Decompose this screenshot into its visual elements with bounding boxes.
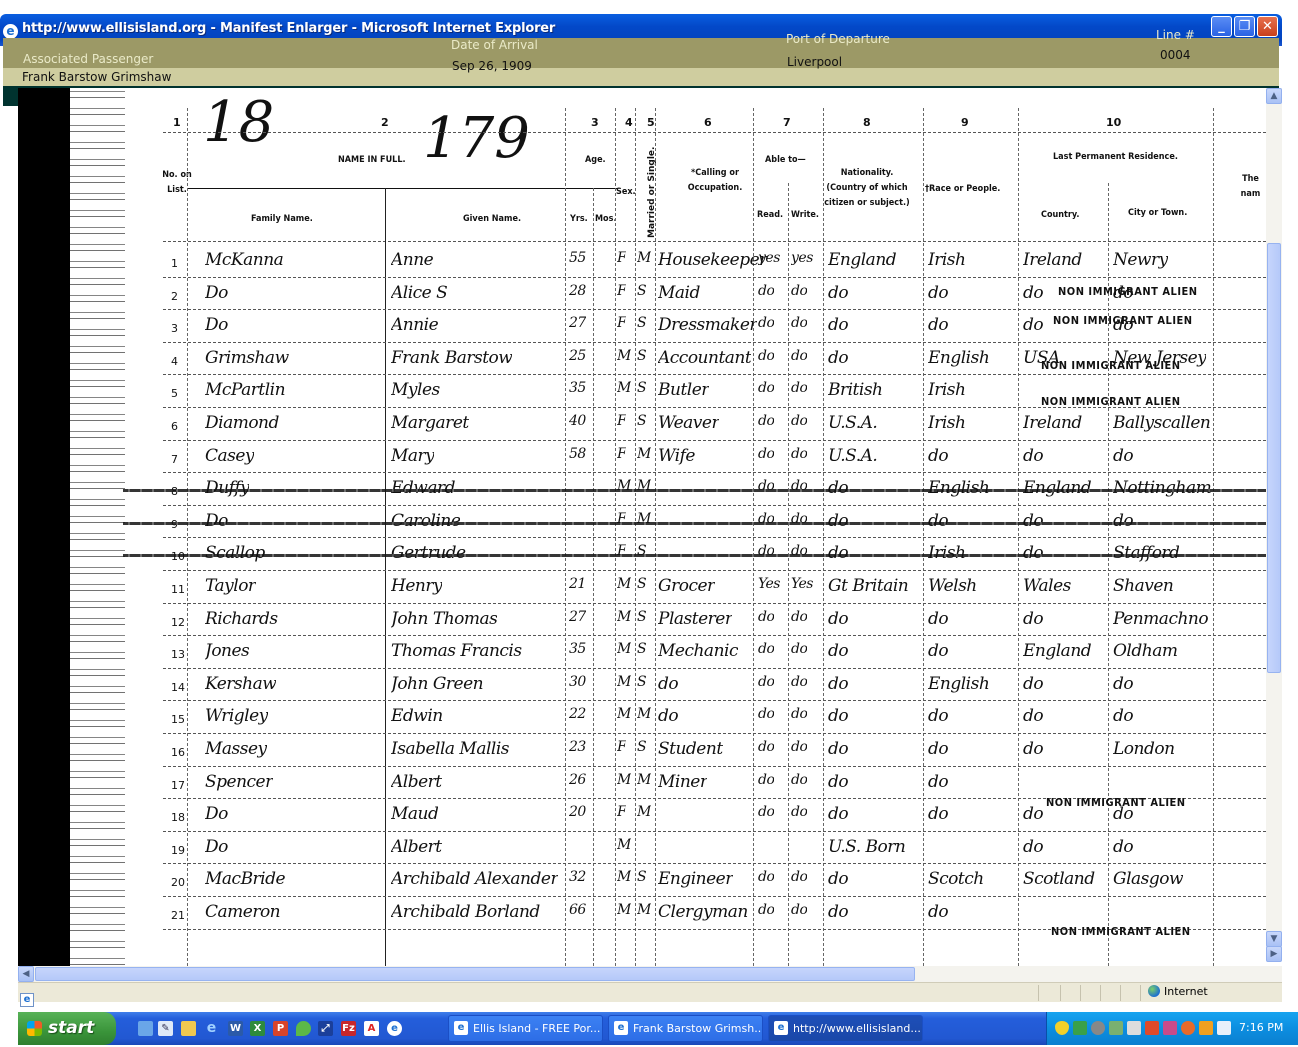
cell-city: do [1113,511,1133,531]
manifest-row: 13JonesThomas Francis35MSMechanicdododod… [123,639,1266,665]
taskbar-item-label: http://www.ellisisland... [793,1022,921,1035]
cell-given: John Thomas [391,609,497,629]
cell-write: do [791,609,807,625]
cell-race: do [928,641,948,661]
system-tray: 7:16 PM [1046,1012,1298,1045]
port-of-departure-value: Liverpool [787,55,842,69]
row-number: 4 [171,355,178,368]
cell-status: M [637,250,651,266]
cell-status: M [637,706,651,722]
cell-write: do [791,380,807,396]
page-status-icon: e [20,993,34,1007]
cell-nationality: England [828,250,896,270]
cell-sex: M [617,641,631,657]
cell-given: Gertrude [391,543,466,563]
status-divider [1100,985,1101,1001]
cell-nationality: do [828,478,848,498]
column-number: 2 [381,116,389,129]
header-given-name: Given Name. [463,212,521,227]
cell-occupation: do [658,706,678,726]
non-immigrant-stamp: NON IMMIGRANT ALIEN [1051,925,1191,938]
row-rule [163,570,1266,571]
header-label-row: Associated Passenger 0004 [3,51,1279,68]
row-rule [163,896,1266,897]
cell-age: 55 [569,250,586,266]
cell-status: S [637,413,646,429]
row-rule [163,635,1266,636]
row-rule [163,537,1266,538]
cell-country: do [1023,674,1043,694]
manifest-row: 17SpencerAlbert26MMMinerdodododo [123,770,1266,796]
cell-race: English [928,348,989,368]
cell-race: English [928,478,989,498]
blue-app-icon[interactable]: ⤢ [318,1021,333,1036]
cell-nationality: U.S.A. [828,446,877,466]
manifest-page: 1 2 3 4 5 6 7 8 9 10 18 179 No. on List.… [123,88,1266,966]
cell-family: Kershaw [205,674,276,694]
column-number: 6 [704,116,712,129]
scroll-left-button[interactable]: ◀ [18,966,34,982]
manifest-row: 16MasseyIsabella Mallis23FSStudentdododo… [123,737,1266,763]
cell-nationality: do [828,511,848,531]
cell-age: 35 [569,380,586,396]
cell-family: Scallop [205,543,265,563]
tray-app-icon[interactable] [1163,1021,1177,1035]
cell-nationality: do [828,283,848,303]
row-rule [163,309,1266,310]
browser-status-bar: Internet [18,982,1282,1002]
cell-family: Cameron [205,902,280,922]
cell-read: do [758,283,774,299]
cell-race: Irish [928,543,965,563]
cell-age: 35 [569,641,586,657]
cell-city: do [1113,446,1133,466]
manifest-row: 20MacBrideArchibald Alexander32MSEnginee… [123,867,1266,893]
cell-country: do [1023,804,1043,824]
cell-family: Taylor [205,576,256,596]
taskbar-item-active[interactable]: e http://www.ellisisland... [768,1015,923,1042]
cell-country: Scotland [1023,869,1095,889]
folder-icon[interactable] [181,1021,196,1036]
cell-write: do [791,641,807,657]
network-icon[interactable] [1109,1021,1123,1035]
date-of-arrival-label: Date of Arrival [451,38,538,52]
cell-city: Nottingham [1113,478,1211,498]
row-rule [163,505,1266,506]
cell-read: do [758,902,774,918]
cell-race: do [928,772,948,792]
cell-given: Annie [391,315,438,335]
header-country: Country. [1041,208,1079,223]
non-immigrant-stamp: NON IMMIGRANT ALIEN [1041,395,1181,408]
cell-status: M [637,902,651,918]
cell-race: do [928,511,948,531]
cell-country: Ireland [1023,413,1082,433]
cell-city: Oldham [1113,641,1177,661]
column-number: 10 [1106,116,1121,129]
cell-read: do [758,804,774,820]
associated-passenger-label: Associated Passenger [23,52,153,66]
cell-given: Isabella Mallis [391,739,509,759]
cell-nationality: do [828,543,848,563]
cell-write: Yes [791,576,813,592]
notepad-icon[interactable]: ✎ [158,1021,173,1036]
row-number: 2 [171,290,178,303]
row-rule [163,472,1266,473]
cell-occupation: Accountant [658,348,751,368]
non-immigrant-stamp: NON IMMIGRANT ALIEN [1046,796,1186,809]
cell-status: S [637,576,646,592]
cell-status: S [637,315,646,331]
cell-country: Wales [1023,576,1071,596]
cell-race: do [928,609,948,629]
volume-icon[interactable] [1091,1021,1105,1035]
vertical-scrollbar[interactable]: ▲ ▼ [1266,88,1282,948]
row-rule [163,766,1266,767]
header-rule [163,132,1266,133]
show-desktop-icon[interactable] [138,1021,153,1036]
cell-family: Spencer [205,772,273,792]
cell-given: Albert [391,837,442,857]
manifest-row: 12RichardsJohn Thomas27MSPlastererdododo… [123,607,1266,633]
cell-write: do [791,739,807,755]
cell-sex: M [617,837,631,853]
restore-button[interactable]: ❐ [1234,16,1255,37]
cell-read: yes [758,250,780,266]
cell-status: S [637,348,646,364]
date-of-arrival-value: Sep 26, 1909 [452,59,532,73]
cell-sex: M [617,380,631,396]
globe-icon [1148,985,1160,997]
cell-read: Yes [758,576,780,592]
cell-occupation: Mechanic [658,641,738,661]
cell-age: 26 [569,772,586,788]
cell-sex: F [617,250,626,266]
cell-read: do [758,641,774,657]
cell-write: do [791,446,807,462]
cell-given: John Green [391,674,483,694]
cell-given: Henry [391,576,442,596]
cell-nationality: do [828,315,848,335]
cell-nationality: do [828,772,848,792]
cell-age: 28 [569,283,586,299]
row-rule [163,831,1266,832]
header-family-name: Family Name. [251,212,313,227]
row-number: 16 [171,746,185,759]
cell-country: England [1023,641,1091,661]
cell-country: do [1023,739,1043,759]
strikethrough-line [123,554,1266,557]
cell-nationality: do [828,869,848,889]
header-nationality: Nationality. (Country of which citizen o… [823,166,911,211]
cell-read: do [758,380,774,396]
header-no-on-list: No. on List. [157,168,197,198]
cell-race: do [928,446,948,466]
cell-country: Ireland [1023,250,1082,270]
scroll-right-button[interactable]: ▶ [1266,946,1282,962]
header-value-row: Frank Barstow Grimshaw Sep 26, 1909 Live… [3,68,1279,86]
header-write: Write. [791,208,819,223]
cell-race: do [928,739,948,759]
column-number: 4 [625,116,633,129]
dictionary-icon[interactable] [1073,1021,1087,1035]
cell-nationality: do [828,739,848,759]
horizontal-scrollbar[interactable]: ◀ ▶ [18,966,1282,982]
cell-race: do [928,804,948,824]
taskbar-item[interactable]: e Ellis Island - FREE Por... [448,1015,603,1042]
cell-city: do [1113,674,1133,694]
row-number: 11 [171,583,185,596]
column-number: 9 [961,116,969,129]
non-immigrant-stamp: NON IMMIGRANT ALIEN [1053,314,1193,327]
row-rule [163,863,1266,864]
cell-occupation: Dressmaker [658,315,757,335]
cell-nationality: U.S.A. [828,413,877,433]
cell-given: Caroline [391,511,460,531]
cell-age: 58 [569,446,586,462]
row-number: 7 [171,453,178,466]
row-rule [163,603,1266,604]
row-number: 20 [171,876,185,889]
manifest-row: 8DuffyEdwardMMdododoEnglishEnglandNottin… [123,476,1266,502]
port-of-departure-label: Port of Departure [786,32,890,46]
tray-app-icon-3[interactable] [1217,1021,1231,1035]
row-number: 18 [171,811,185,824]
cell-given: Margaret [391,413,469,433]
header-label-row-top: Date of Arrival Port of Departure Line # [3,38,1279,51]
cell-country: do [1023,837,1043,857]
cell-sex: M [617,772,631,788]
cell-occupation: Weaver [658,413,719,433]
cell-city: London [1113,739,1175,759]
cell-occupation: Miner [658,772,707,792]
cell-read: do [758,772,774,788]
cell-sex: F [617,315,626,331]
cell-given: Archibald Borland [391,902,540,922]
scroll-down-button[interactable]: ▼ [1266,931,1282,947]
cell-family: McKanna [205,250,283,270]
row-rule [163,342,1266,343]
cell-status: S [637,609,646,625]
cell-given: Mary [391,446,434,466]
column-number: 3 [591,116,599,129]
cell-age: 30 [569,674,586,690]
strikethrough-line [123,522,1266,525]
filezilla-icon[interactable]: Fz [341,1021,356,1036]
clock: 7:16 PM [1239,1021,1283,1034]
cell-read: do [758,609,774,625]
cell-occupation: Housekeeper [658,250,767,270]
row-rule [163,733,1266,734]
row-number: 12 [171,616,185,629]
header-mos: Mos. [595,212,617,227]
row-number: 21 [171,909,185,922]
cell-family: Do [205,511,228,531]
cell-write: yes [791,250,813,266]
start-button[interactable]: start [18,1012,116,1045]
cell-family: McPartlin [205,380,285,400]
header-name-in-full: NAME IN FULL. [338,153,406,168]
cell-age: 22 [569,706,586,722]
cell-given: Edward [391,478,455,498]
close-window-x-button[interactable]: ✕ [1257,16,1278,37]
manifest-row: 1McKannaAnne55FMHousekeeperyesyesEngland… [123,248,1266,274]
row-rule [163,668,1266,669]
cell-sex: M [617,348,631,364]
cell-family: Wrigley [205,706,268,726]
row-number: 17 [171,779,185,792]
internet-explorer-icon[interactable]: e [204,1021,219,1036]
cell-occupation: Wife [658,446,695,466]
manifest-row: 15WrigleyEdwin22MMdododododododo [123,704,1266,730]
word-icon[interactable]: W [228,1021,243,1036]
cell-occupation: Grocer [658,576,715,596]
cell-status: S [637,739,646,755]
cell-family: Jones [205,641,249,661]
row-number: 15 [171,713,185,726]
cell-read: do [758,674,774,690]
cell-sex: M [617,576,631,592]
cell-status: S [637,380,646,396]
scroll-up-button[interactable]: ▲ [1266,88,1282,104]
download-icon[interactable] [1145,1021,1159,1035]
manifest-row: 9DoCarolineFMdodododododo [123,509,1266,535]
cell-country: do [1023,283,1043,303]
vertical-scroll-thumb[interactable] [1267,243,1281,673]
header-rule [188,188,618,189]
cell-race: Welsh [928,576,977,596]
cell-age: 66 [569,902,586,918]
cell-sex: F [617,413,626,429]
cell-nationality: U.S. Born [828,837,905,857]
internet-explorer-icon: e [3,24,18,39]
acrobat-icon[interactable]: A [364,1021,379,1036]
minimize-button[interactable]: _ [1211,16,1232,37]
row-number: 3 [171,322,178,335]
windows-logo-icon [27,1021,42,1036]
cell-family: Richards [205,609,278,629]
cell-age: 27 [569,315,586,331]
cell-write: do [791,804,807,820]
manifest-row: 14KershawJohn Green30MSdodododoEnglishdo… [123,672,1266,698]
status-divider [1120,985,1121,1001]
cell-city: Glasgow [1113,869,1183,889]
cell-nationality: do [828,348,848,368]
cell-city: Stafford [1113,543,1179,563]
row-rule [163,374,1266,375]
green-app-icon[interactable] [296,1021,311,1036]
cell-family: Do [205,804,228,824]
cell-read: do [758,446,774,462]
cell-family: Do [205,315,228,335]
cell-given: Alice S [391,283,447,303]
cell-race: do [928,706,948,726]
horizontal-scroll-thumb[interactable] [35,967,915,981]
cell-write: do [791,706,807,722]
cell-nationality: British [828,380,883,400]
header-rule [163,241,1266,242]
cell-city: Ballyscallen [1113,413,1210,433]
cell-city: Shaven [1113,576,1173,596]
header-sex: Sex. [616,185,636,200]
cell-nationality: do [828,902,848,922]
cell-occupation: do [658,674,678,694]
sync-icon[interactable] [1181,1021,1195,1035]
cell-sex: M [617,609,631,625]
page-mark-right: 179 [423,106,530,171]
header-read: Read. [757,208,783,223]
cell-race: English [928,674,989,694]
excel-icon[interactable]: X [250,1021,265,1036]
cell-country: do [1023,315,1043,335]
row-number: 19 [171,844,185,857]
taskbar-item[interactable]: e Frank Barstow Grimsh... [608,1015,763,1042]
cell-sex: M [617,706,631,722]
cell-sex: F [617,283,626,299]
cell-read: do [758,413,774,429]
header-race: †Race or People. [925,182,1000,197]
cell-sex: M [617,674,631,690]
start-label: start [48,1018,94,1038]
cell-race: Irish [928,413,965,433]
internet-explorer-icon: e [774,1021,788,1035]
cell-write: do [791,413,807,429]
cell-given: Maud [391,804,438,824]
cell-sex: F [617,739,626,755]
update-app-icon[interactable]: e [387,1021,402,1036]
page-mark-left: 18 [203,90,274,155]
taskbar-item-label: Ellis Island - FREE Por... [473,1022,600,1035]
cell-status: S [637,641,646,657]
cell-country: do [1023,511,1043,531]
cell-given: Archibald Alexander [391,869,558,889]
cell-read: do [758,706,774,722]
header-city: City or Town. [1128,206,1187,221]
cell-given: Albert [391,772,442,792]
security-shield-icon[interactable] [1055,1021,1069,1035]
cell-family: Massey [205,739,267,759]
column-number: 5 [647,116,655,129]
row-rule [163,277,1266,278]
cell-race: Scotch [928,869,984,889]
cell-read: do [758,869,774,885]
security-zone: Internet [1148,985,1208,998]
cell-read: do [758,315,774,331]
manifest-image-viewport[interactable]: 1 2 3 4 5 6 7 8 9 10 18 179 No. on List.… [18,88,1266,966]
manifest-row: 6DiamondMargaret40FSWeaverdodoU.S.A.Iris… [123,411,1266,437]
cell-write: do [791,283,807,299]
row-number: 13 [171,648,185,661]
powerpoint-icon[interactable]: P [273,1021,288,1036]
manifest-row: 11TaylorHenry21MSGrocerYesYesGt BritainW… [123,574,1266,600]
status-divider [1140,985,1141,1001]
window-title: http://www.ellisisland.org - Manifest En… [22,21,555,36]
cell-given: Edwin [391,706,443,726]
tray-app-icon-2[interactable] [1199,1021,1213,1035]
cell-race: do [928,283,948,303]
non-immigrant-stamp: NON IMMIGRANT ALIEN [1058,285,1198,298]
row-number: 6 [171,420,178,433]
cell-sex: M [617,902,631,918]
cell-given: Anne [391,250,433,270]
usb-icon[interactable] [1127,1021,1141,1035]
header-able-to: Able to— [765,153,806,168]
cell-sex: F [617,446,626,462]
associated-passenger-value: Frank Barstow Grimshaw [22,70,171,84]
cell-family: MacBride [205,869,285,889]
manifest-row: 19DoAlbertMU.S. Borndodo [123,835,1266,861]
status-divider [1060,985,1061,1001]
